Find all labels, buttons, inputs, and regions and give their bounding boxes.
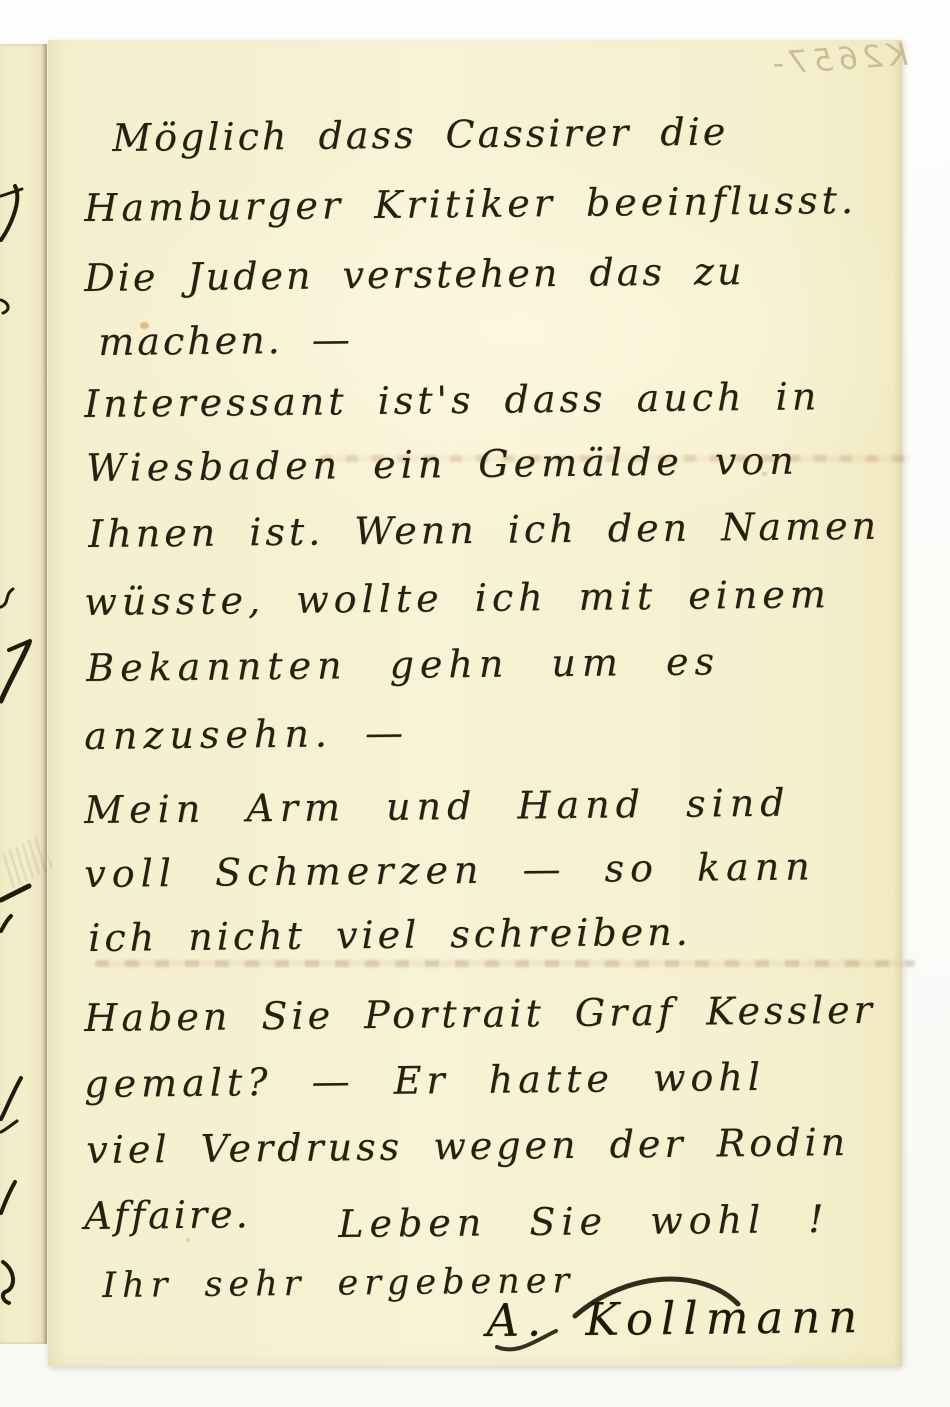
letter-line: machen. — — [98, 317, 353, 364]
age-spot — [186, 1238, 190, 1242]
signature: A. Kollmann — [486, 1290, 865, 1347]
ink-show-through-streak — [95, 960, 915, 967]
letter-line: Hamburger Kritiker beeinflusst. — [84, 178, 857, 230]
letter-line: anzusehn. — — [84, 711, 409, 758]
letter-line: Ihnen ist. Wenn ich den Namen — [88, 504, 880, 556]
facing-page-edge — [0, 44, 47, 1344]
letter-line: gemalt? — Er hatte wohl — [84, 1055, 765, 1106]
letter-scan: K2657- Möglich dass Cassirer die Hamburg… — [0, 0, 950, 1407]
letter-line: Affaire. — [84, 1192, 251, 1238]
letter-line: Bekannten gehn um es — [86, 639, 720, 690]
letter-line: Mein Arm und Hand sind — [84, 781, 791, 832]
letter-line: Haben Sie Portrait Graf Kessler — [84, 988, 876, 1040]
letter-line: Möglich dass Cassirer die — [112, 110, 729, 160]
letter-line: voll Schmerzen — so kann — [84, 844, 816, 896]
letter-line: Die Juden verstehen das zu — [84, 249, 745, 300]
letter-line: ich nicht viel schreiben. — [88, 910, 692, 960]
letter-line: Leben Sie wohl ! — [338, 1197, 830, 1246]
letter-line: Wiesbaden ein Gemälde von — [86, 439, 799, 490]
letter-line: wüsste, wollte ich mit einem — [84, 572, 831, 624]
letter-line: viel Verdruss wegen der Rodin — [86, 1120, 849, 1172]
letter-line: Interessant ist's dass auch in — [84, 374, 820, 426]
